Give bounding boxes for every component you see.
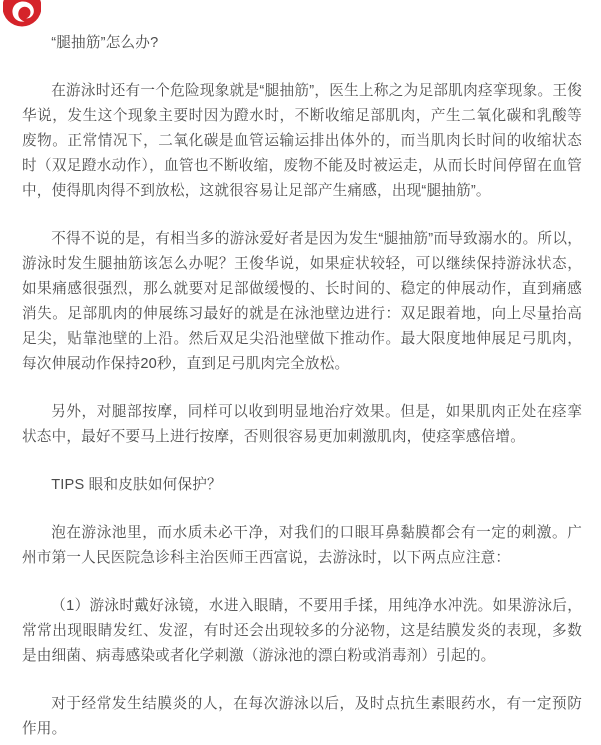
tips-heading: TIPS 眼和皮肤如何保护？ [22,473,582,498]
site-logo-icon [3,0,41,29]
tips-paragraph-goggles: （1）游泳时戴好泳镜，水进入眼睛，不要用手揉，用纯净水冲洗。如果游泳后，常常出现… [22,594,582,669]
tips-paragraph-water-quality: 泡在游泳池里，而水质未必干净，对我们的口眼耳鼻黏膜都会有一定的刺激。广州市第一人… [22,521,582,571]
paragraph-massage: 另外，对腿部按摩，同样可以收到明显地治疗效果。但是，如果肌肉正处在痉挛状态中，最… [22,400,582,450]
tips-paragraph-eyedrops: 对于经常发生结膜炎的人，在每次游泳以后，及时点抗生素眼药水，有一定预防作用。 [22,692,582,742]
paragraph-cramp-cause: 在游泳时还有一个危险现象就是“腿抽筋”，医生上称之为足部肌肉痉挛现象。王俊华说，… [22,79,582,204]
article-content: “腿抽筋”怎么办? 在游泳时还有一个危险现象就是“腿抽筋”，医生上称之为足部肌肉… [22,31,582,742]
article-title: “腿抽筋”怎么办? [22,31,582,56]
paragraph-cramp-response: 不得不说的是，有相当多的游泳爱好者是因为发生“腿抽筋”而导致溺水的。所以，游泳时… [22,227,582,377]
site-logo [3,0,41,29]
